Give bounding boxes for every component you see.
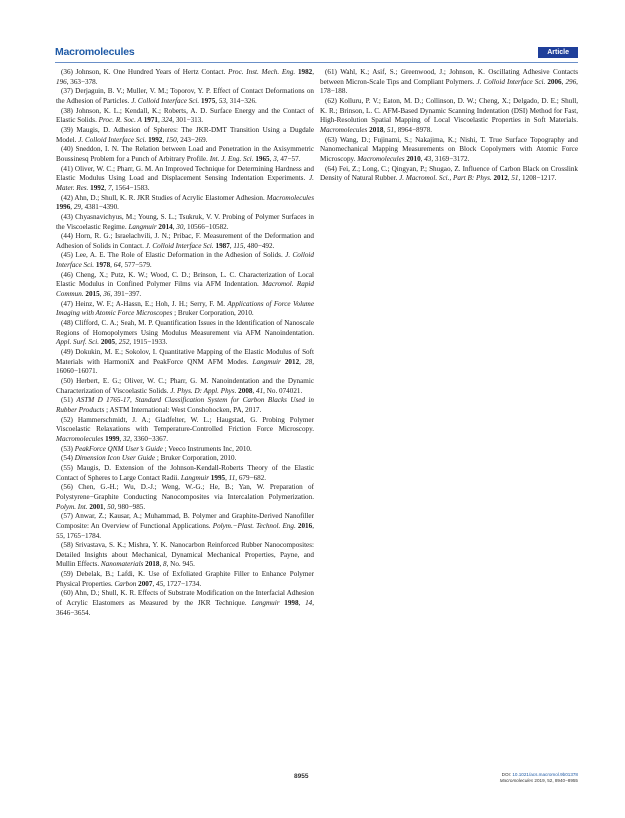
references-left-column: (36) Johnson, K. One Hundred Years of He…	[56, 68, 314, 618]
reference-pages: , 577−579.	[121, 261, 152, 269]
reference-journal: Macromolecules	[320, 126, 367, 134]
reference-number: (41)	[61, 165, 73, 173]
reference-authors: Wahl, K.; Asif, S.; Greenwood, J.; Johns…	[340, 68, 485, 76]
reference-year: 1996	[56, 203, 70, 211]
reference-year: 2018	[145, 560, 159, 568]
reference-authors: Cheng, X.; Putz, K. W.; Wood, C. D.; Bri…	[76, 271, 236, 279]
reference-year: 1975	[201, 97, 215, 105]
reference-year: 2007	[138, 580, 152, 588]
reference-journal: Macromolecules	[357, 155, 404, 163]
reference-pages: , 47−57.	[277, 155, 301, 163]
reference-journal: J. Macromol. Sci., Part B: Phys.	[399, 174, 492, 182]
reference-number: (47)	[61, 300, 73, 308]
reference-number: (46)	[61, 271, 73, 279]
reference-volume: 324	[162, 116, 173, 124]
reference-number: (36)	[61, 68, 73, 76]
reference-authors: Heinz, W. F.; A-Hassn, E.; Hoh, J. H.; S…	[75, 300, 225, 308]
reference-item: (53) PeakForce QNM User’s Guide ; Veeco …	[56, 445, 314, 455]
journal-name: Macromolecules	[55, 46, 134, 58]
reference-year: 1982	[298, 68, 312, 76]
reference-year: 2015	[85, 290, 99, 298]
reference-item: (48) Clifford, C. A.; Seah, M. P. Quanti…	[56, 319, 314, 348]
reference-item: (45) Lee, A. E. The Role of Elastic Defo…	[56, 251, 314, 270]
reference-volume: 29	[74, 203, 81, 211]
reference-year: 2014	[158, 223, 172, 231]
reference-number: (63)	[325, 136, 337, 144]
reference-journal: Langmuir	[253, 358, 281, 366]
reference-item: (42) Ahn, D.; Shull, K. R. JKR Studies o…	[56, 194, 314, 213]
reference-number: (53)	[61, 445, 73, 453]
reference-item: (50) Herbert, E. G.; Oliver, W. C.; Phar…	[56, 377, 314, 396]
reference-volume: 196	[56, 78, 67, 86]
reference-journal: J. Colloid Interface Sci.	[131, 97, 199, 105]
doi-label: DOI:	[502, 772, 513, 777]
reference-pages: , 314−326.	[226, 97, 257, 105]
reference-authors: Oliver, W. C.; Pharr, G. M.	[75, 165, 153, 173]
reference-pages: , 10566−10582.	[183, 223, 228, 231]
reference-journal: Int. J. Eng. Sci.	[210, 155, 254, 163]
reference-year: 2008	[238, 387, 252, 395]
reference-authors: Srivastava, S. K.; Mishra, Y. K.	[75, 541, 167, 549]
citation-journal: Macromolecules	[500, 778, 533, 783]
reference-authors: Johnson, K. L.; Kendall, K.; Roberts, A.…	[76, 107, 207, 115]
reference-number: (55)	[61, 464, 73, 472]
reference-authors: Debelak, B.; Lafdi, K.	[76, 570, 145, 578]
reference-item: (46) Cheng, X.; Putz, K. W.; Wood, C. D.…	[56, 271, 314, 300]
reference-journal: J. Phys. D: Appl. Phys.	[170, 387, 236, 395]
reference-authors: Fei, Z.; Long, C.; Qingyan, P.; Shugao, …	[339, 165, 461, 173]
reference-item: (58) Srivastava, S. K.; Mishra, Y. K. Na…	[56, 541, 314, 570]
reference-number: (38)	[61, 107, 73, 115]
reference-authors: Derjaguin, B. V.; Muller, V. M.; Toporov…	[75, 87, 211, 95]
reference-pages: , 1915−1933.	[129, 338, 167, 346]
footer-citation: DOI: 10.1021/acs.macromol.9b01378 Macrom…	[500, 772, 578, 784]
reference-year: 2005	[101, 338, 115, 346]
reference-journal: J. Colloid Interface Sci.	[78, 136, 146, 144]
reference-year: 1992	[148, 136, 162, 144]
reference-authors: Sneddon, I. N.	[76, 145, 119, 153]
reference-pages: , 679−682.	[235, 474, 266, 482]
reference-journal: Langmuir	[251, 599, 279, 607]
reference-year: 1978	[96, 261, 110, 269]
reference-journal: J. Colloid Interface Sci.	[146, 242, 214, 250]
reference-authors: Maugis, D.	[77, 464, 111, 472]
reference-journal: Macromolecules	[267, 194, 314, 202]
reference-item: (49) Dokukin, M. E.; Sokolov, I. Quantit…	[56, 348, 314, 377]
reference-number: (59)	[61, 570, 73, 578]
reference-item: (52) Hammerschmidt, J. A.; Gladfelter, W…	[56, 416, 314, 445]
reference-journal: Polym.−Plast. Technol. Eng.	[213, 522, 296, 530]
reference-item: (39) Maugis, D. Adhesion of Spheres: The…	[56, 126, 314, 145]
reference-pages: , 363−378.	[67, 78, 98, 86]
reference-number: (40)	[61, 145, 73, 153]
reference-number: (43)	[61, 213, 73, 221]
reference-journal: Appl. Surf. Sci.	[56, 338, 99, 346]
reference-number: (37)	[61, 87, 73, 95]
reference-item: (41) Oliver, W. C.; Pharr, G. M. An Impr…	[56, 165, 314, 194]
reference-journal: Macromolecules	[56, 435, 103, 443]
reference-journal: Langmuir	[181, 474, 209, 482]
reference-item: (43) Chyasnavichyus, M.; Young, S. L.; T…	[56, 213, 314, 232]
reference-year: 2016	[298, 522, 312, 530]
reference-volume: 64	[114, 261, 121, 269]
reference-item: (56) Chen, G.-H.; Wu, D.-J.; Weng, W.-G.…	[56, 483, 314, 512]
reference-item: (61) Wahl, K.; Asif, S.; Greenwood, J.; …	[320, 68, 578, 97]
reference-number: (52)	[61, 416, 73, 424]
reference-item: (38) Johnson, K. L.; Kendall, K.; Robert…	[56, 107, 314, 126]
reference-pages: , No. 074021.	[263, 387, 302, 395]
reference-item: (37) Derjaguin, B. V.; Muller, V. M.; To…	[56, 87, 314, 106]
reference-authors: Dokukin, M. E.; Sokolov, I.	[75, 348, 157, 356]
reference-pages: ; Veeco Instruments Inc, 2010.	[165, 445, 252, 453]
reference-year: 1965	[255, 155, 269, 163]
reference-authors: Maugis, D.	[76, 126, 110, 134]
reference-year: 1995	[211, 474, 225, 482]
reference-number: (61)	[325, 68, 337, 76]
reference-pages: , 3169−3172.	[431, 155, 469, 163]
reference-volume: 252	[119, 338, 130, 346]
doi-link[interactable]: 10.1021/acs.macromol.9b01378	[512, 772, 578, 777]
reference-authors: Horn, R. G.; Israelachvili, J. N.; Priba…	[75, 232, 201, 240]
reference-volume: 115	[233, 242, 243, 250]
reference-number: (57)	[61, 512, 73, 520]
reference-year: 2012	[493, 174, 507, 182]
reference-year: 1999	[105, 435, 119, 443]
reference-authors: Ahn, D.; Shull, K. R.	[75, 589, 136, 597]
reference-title: The Role of Elastic Deformation in the A…	[108, 251, 283, 259]
reference-number: (45)	[61, 251, 73, 259]
reference-authors: Ahn, D.; Shull, K. R.	[74, 194, 135, 202]
reference-authors: Chyasnavichyus, M.; Young, S. L.; Tsukru…	[75, 213, 220, 221]
reference-authors: Wang, D.; Fujinami, S.; Nakajima, K.; Ni…	[340, 136, 486, 144]
reference-item: (63) Wang, D.; Fujinami, S.; Nakajima, K…	[320, 136, 578, 165]
reference-authors: Johnson, K.	[76, 68, 111, 76]
reference-title: JKR Studies of Acrylic Elastomer Adhesio…	[137, 194, 265, 202]
journal-header: Macromolecules Article	[55, 46, 578, 63]
reference-pages: , 4381−4390.	[81, 203, 119, 211]
reference-year: 2001	[89, 503, 103, 511]
reference-journal: Polym. Int.	[56, 503, 88, 511]
reference-pages: , 8964−8978.	[394, 126, 432, 134]
reference-journal: Dimension Icon User Guide	[75, 454, 155, 462]
reference-item: (59) Debelak, B.; Lafdi, K. Use of Exfol…	[56, 570, 314, 589]
reference-pages: , 1564−1583.	[112, 184, 150, 192]
reference-item: (51) ASTM D 1765-17, Standard Classifica…	[56, 396, 314, 415]
reference-pages: , No. 945.	[167, 560, 195, 568]
reference-journal: Proc. R. Soc. A	[99, 116, 142, 124]
reference-year: 1987	[216, 242, 230, 250]
reference-journal: Carbon	[115, 580, 137, 588]
reference-item: (47) Heinz, W. F.; A-Hassn, E.; Hoh, J. …	[56, 300, 314, 319]
reference-number: (56)	[61, 483, 73, 491]
reference-journal: Proc. Inst. Mech. Eng.	[228, 68, 295, 76]
references-right-column: (61) Wahl, K.; Asif, S.; Greenwood, J.; …	[320, 68, 578, 184]
reference-pages: , 1765−1784.	[63, 532, 101, 540]
reference-item: (44) Horn, R. G.; Israelachvili, J. N.; …	[56, 232, 314, 251]
page-number: 8955	[294, 773, 308, 780]
reference-number: (64)	[325, 165, 337, 173]
reference-pages: , 480−492.	[244, 242, 275, 250]
reference-authors: Anwar, Z.; Kausar, A.; Muhammad, B.	[75, 512, 190, 520]
reference-volume: 53	[219, 97, 226, 105]
reference-pages: , 1727−1734.	[163, 580, 201, 588]
reference-year: 2006	[547, 78, 561, 86]
reference-year: 1971	[144, 116, 158, 124]
reference-year: 2018	[369, 126, 383, 134]
reference-year: 1992	[90, 184, 104, 192]
citation-details: 2019, 52, 8940−8955	[533, 778, 578, 783]
reference-journal: PeakForce QNM User’s Guide	[75, 445, 163, 453]
reference-authors: Hammerschmidt, J. A.; Gladfelter, W. L.;…	[78, 416, 257, 424]
reference-number: (48)	[61, 319, 73, 327]
reference-authors: Herbert, E. G.; Oliver, W. C.; Pharr, G.…	[76, 377, 208, 385]
reference-item: (54) Dimension Icon User Guide ; Bruker …	[56, 454, 314, 464]
reference-journal: J. Colloid Interface Sci.	[476, 78, 545, 86]
reference-title: One Hundred Years of Hertz Contact.	[113, 68, 225, 76]
reference-item: (64) Fei, Z.; Long, C.; Qingyan, P.; Shu…	[320, 165, 578, 184]
reference-number: (42)	[61, 194, 73, 202]
reference-pages: ; Bruker Corporation, 2010.	[157, 454, 237, 462]
reference-year: 1998	[284, 599, 298, 607]
reference-number: (51)	[61, 396, 73, 404]
reference-pages: , 391−397.	[110, 290, 141, 298]
reference-item: (57) Anwar, Z.; Kausar, A.; Muhammad, B.…	[56, 512, 314, 541]
reference-journal: Nanomaterials	[101, 560, 143, 568]
reference-pages: , 3360−3367.	[130, 435, 168, 443]
reference-year: 2010	[406, 155, 420, 163]
reference-item: (60) Ahn, D.; Shull, K. R. Effects of Su…	[56, 589, 314, 618]
reference-pages: , 301−313.	[172, 116, 203, 124]
reference-authors: Chen, G.-H.; Wu, D.-J.; Weng, W.-G.; He,…	[78, 483, 264, 491]
reference-volume: 150	[166, 136, 177, 144]
reference-journal: Langmuir	[128, 223, 156, 231]
reference-number: (50)	[61, 377, 73, 385]
reference-pages: ; ASTM International: West Conshohocken,…	[106, 406, 261, 414]
reference-item: (36) Johnson, K. One Hundred Years of He…	[56, 68, 314, 87]
reference-item: (62) Kolluru, P. V.; Eaton, M. D.; Colli…	[320, 97, 578, 136]
reference-number: (39)	[61, 126, 73, 134]
reference-year: 2012	[285, 358, 299, 366]
reference-number: (60)	[61, 589, 73, 597]
reference-authors: Lee, A. E.	[75, 251, 105, 259]
reference-pages: , 1208−1217.	[518, 174, 556, 182]
reference-pages: ; Bruker Corporation, 2010.	[174, 309, 254, 317]
reference-number: (62)	[325, 97, 337, 105]
reference-number: (58)	[61, 541, 73, 549]
reference-item: (55) Maugis, D. Extension of the Johnson…	[56, 464, 314, 483]
reference-number: (54)	[61, 454, 73, 462]
reference-volume: 296	[565, 78, 576, 86]
article-type-badge: Article	[538, 47, 578, 58]
reference-authors: Clifford, C. A.; Seah, M. P.	[75, 319, 153, 327]
reference-pages: , 980−985.	[114, 503, 145, 511]
reference-number: (49)	[61, 348, 73, 356]
reference-number: (44)	[61, 232, 73, 240]
reference-item: (40) Sneddon, I. N. The Relation between…	[56, 145, 314, 164]
reference-pages: , 243−269.	[177, 136, 208, 144]
